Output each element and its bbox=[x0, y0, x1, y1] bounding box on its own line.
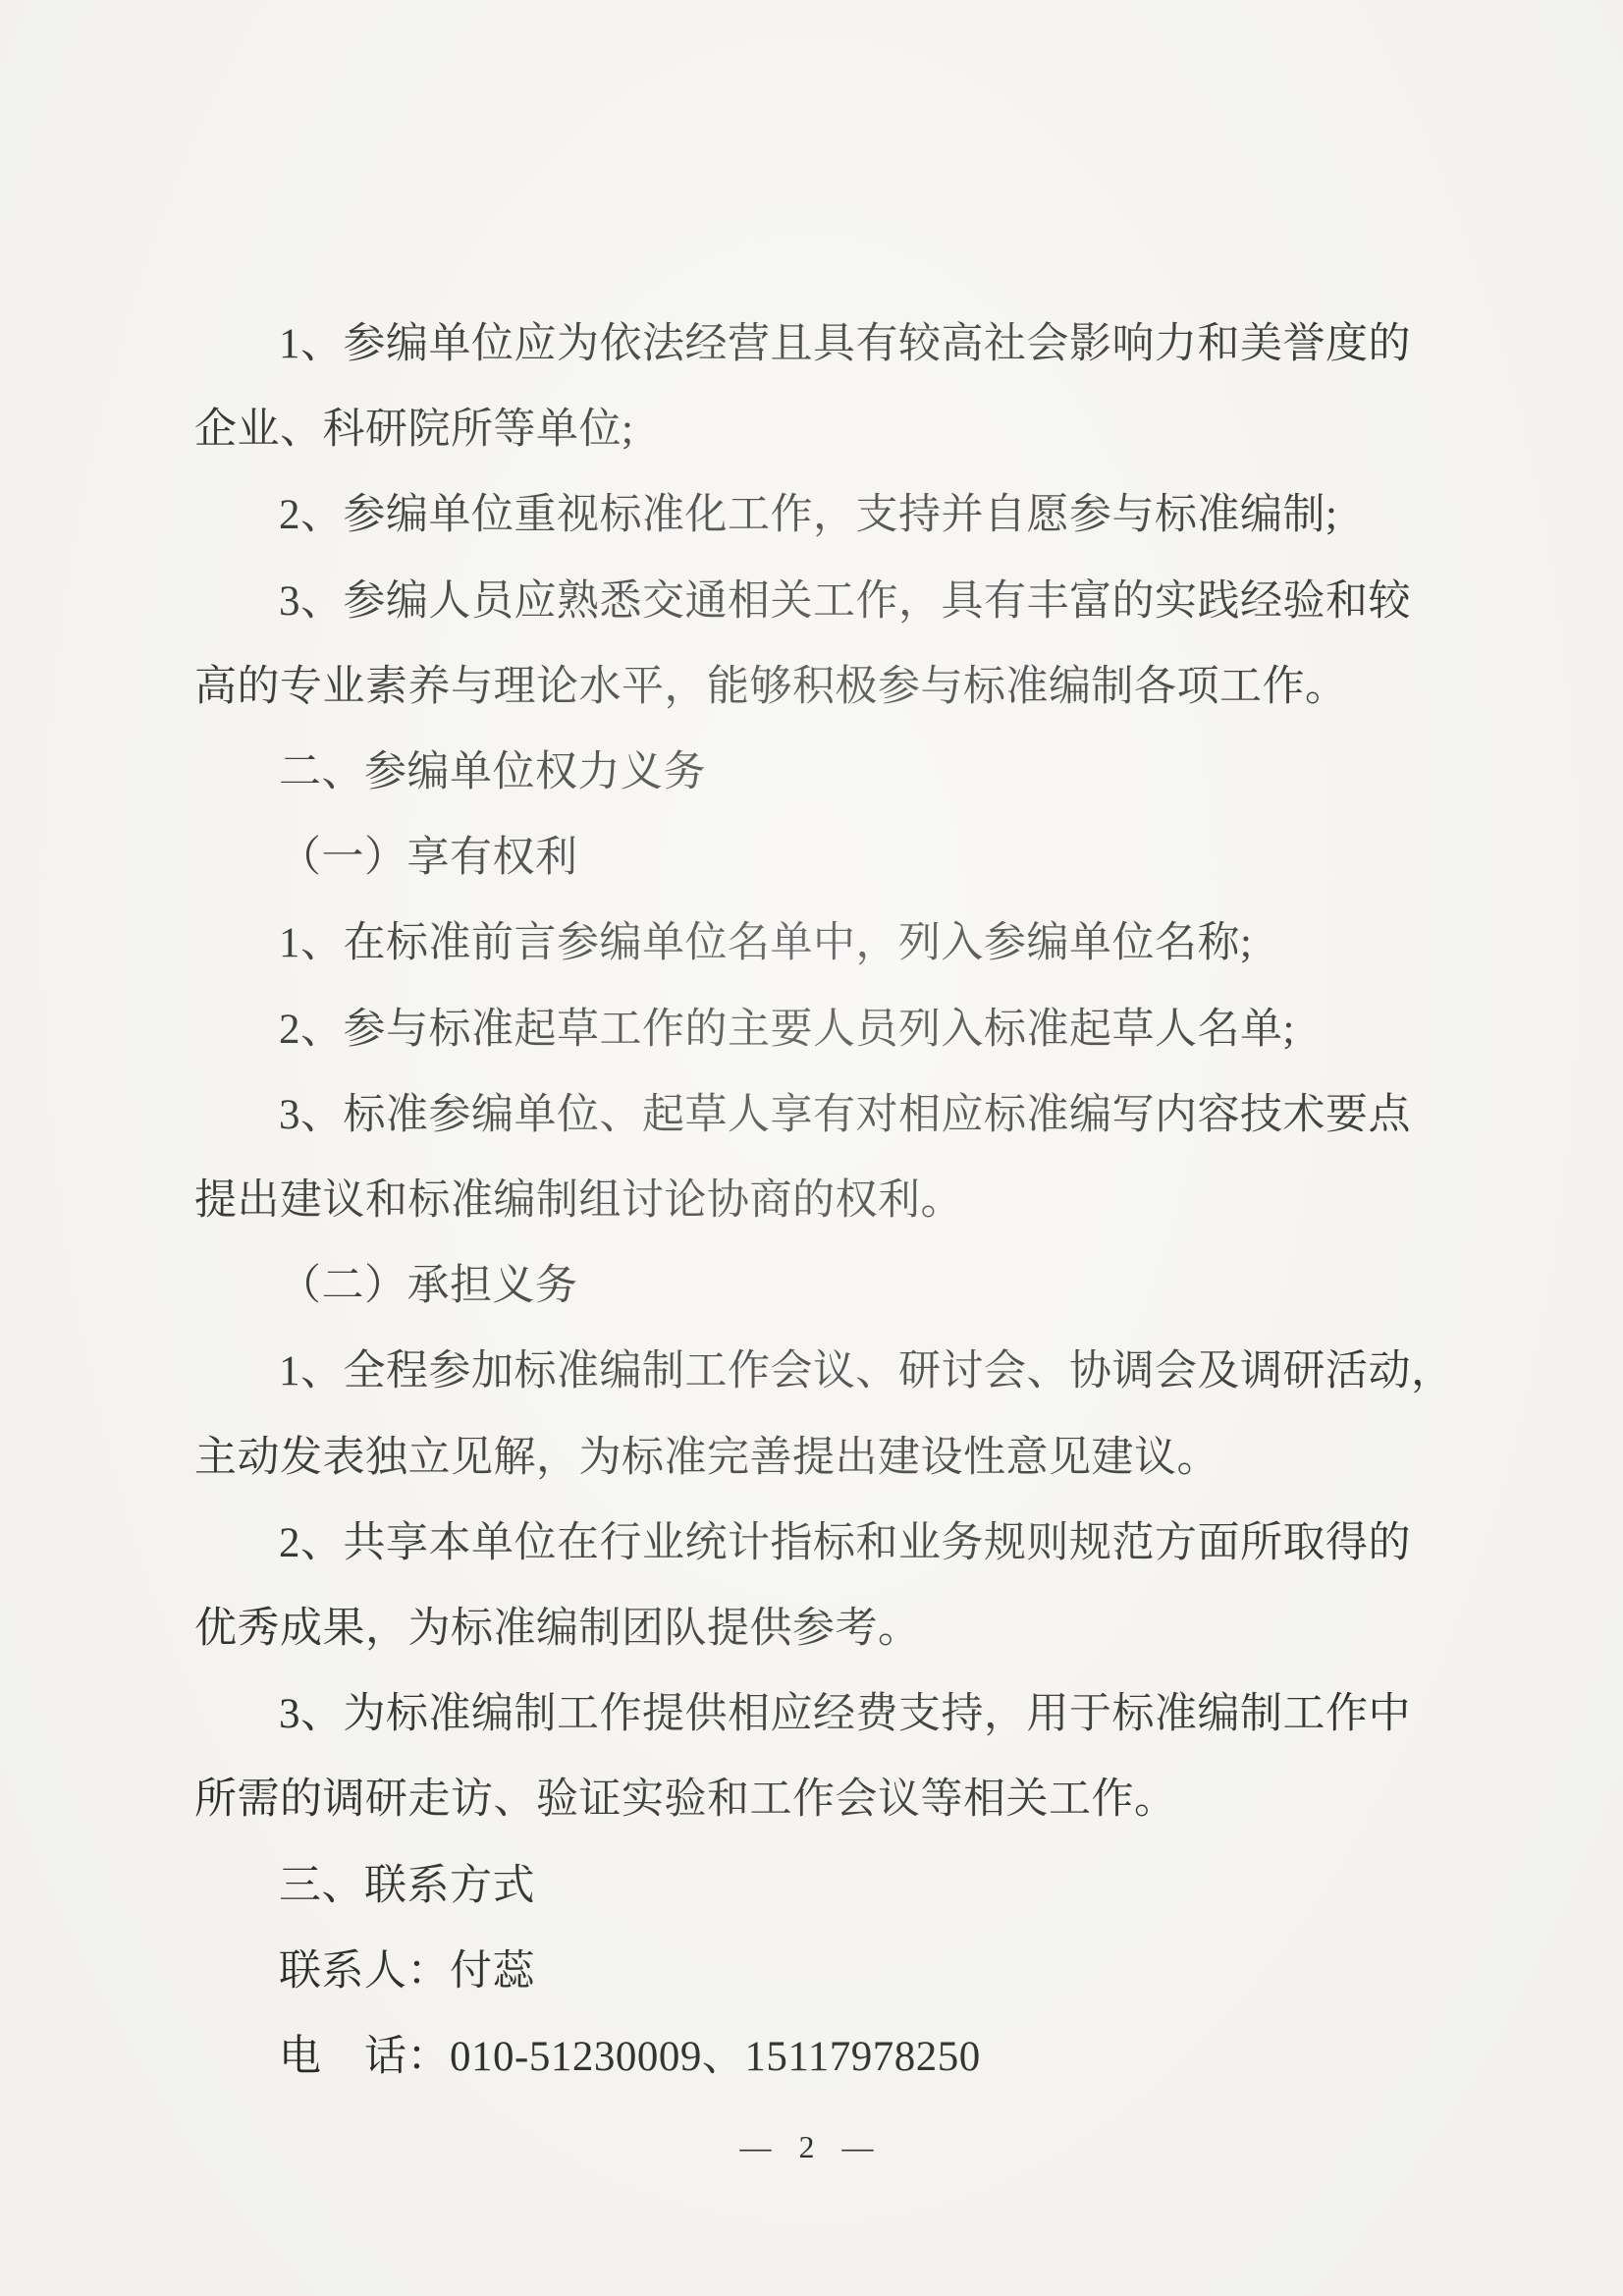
text-line: 二、参编单位权力义务 bbox=[194, 730, 1426, 815]
text-line: 1、参编单位应为依法经营且具有较高社会影响力和美誉度的 bbox=[194, 301, 1426, 387]
text-line: 2、参编单位重视标准化工作，支持并自愿参与标准编制; bbox=[194, 472, 1426, 558]
text-line: 联系人：付蕊 bbox=[194, 1929, 1426, 2014]
text-line: 优秀成果，为标准编制团队提供参考。 bbox=[194, 1586, 1426, 1671]
document-body: 1、参编单位应为依法经营且具有较高社会影响力和美誉度的企业、科研院所等单位;2、… bbox=[194, 301, 1426, 2100]
text-line: 高的专业素养与理论水平，能够积极参与标准编制各项工作。 bbox=[194, 644, 1426, 730]
text-line: 电 话：010-51230009、15117978250 bbox=[194, 2014, 1426, 2100]
text-line: （一）享有权利 bbox=[194, 815, 1426, 901]
text-line: 3、为标准编制工作提供相应经费支持，用于标准编制工作中 bbox=[194, 1671, 1426, 1757]
text-line: 三、联系方式 bbox=[194, 1843, 1426, 1929]
text-line: 提出建议和标准编制组讨论协商的权利。 bbox=[194, 1158, 1426, 1243]
text-line: 1、全程参加标准编制工作会议、研讨会、协调会及调研活动， bbox=[194, 1329, 1426, 1414]
text-line: 主动发表独立见解，为标准完善提出建设性意见建议。 bbox=[194, 1415, 1426, 1501]
text-line: 企业、科研院所等单位; bbox=[194, 387, 1426, 472]
text-line: 3、参编人员应熟悉交通相关工作，具有丰富的实践经验和较 bbox=[194, 559, 1426, 644]
scanned-document-page: 1、参编单位应为依法经营且具有较高社会影响力和美誉度的企业、科研院所等单位;2、… bbox=[0, 0, 1623, 2296]
text-line: 3、标准参编单位、起草人享有对相应标准编写内容技术要点 bbox=[194, 1072, 1426, 1158]
text-line: 1、在标准前言参编单位名单中，列入参编单位名称; bbox=[194, 901, 1426, 986]
text-line: 所需的调研走访、验证实验和工作会议等相关工作。 bbox=[194, 1757, 1426, 1842]
text-line: 2、参与标准起草工作的主要人员列入标准起草人名单; bbox=[194, 987, 1426, 1072]
page-number: — 2 — bbox=[0, 2129, 1623, 2165]
text-line: 2、共享本单位在行业统计指标和业务规则规范方面所取得的 bbox=[194, 1501, 1426, 1586]
text-line: （二）承担义务 bbox=[194, 1243, 1426, 1329]
